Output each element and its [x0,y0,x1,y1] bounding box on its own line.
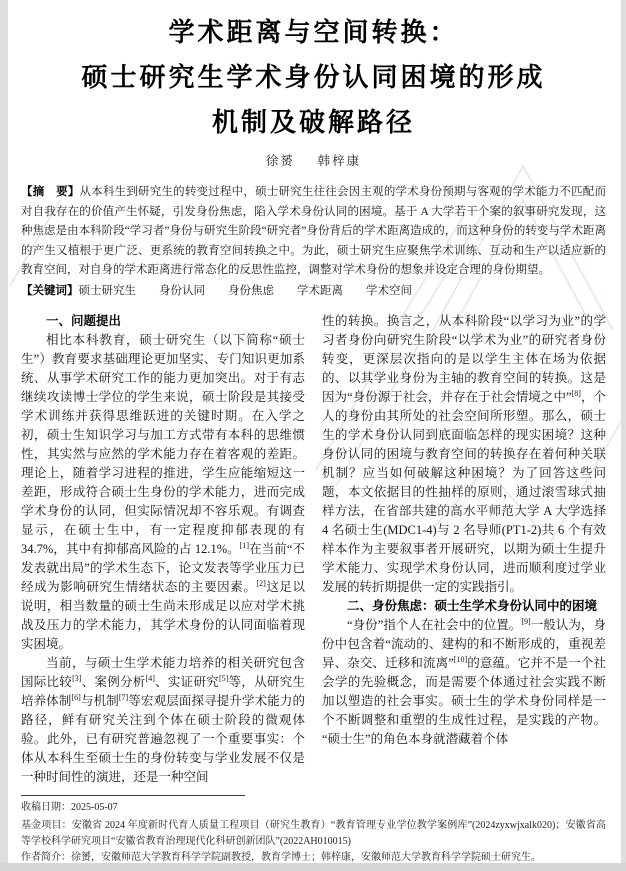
body-paragraph: 当前，与硕士生学术能力培养的相关研究包含国际比较[3]、案例分析[4]、实证研究… [21,654,305,787]
received-date: 收稿日期：2025-05-07 [21,800,305,816]
body-paragraph: 相比本科教育，硕士研究生（以下简称“硕士生”）教育要求基础理论更加坚实、专门知识… [21,331,305,654]
abstract-label: 【摘 要】 [21,186,80,198]
keywords-label: 【关键词】 [21,285,79,297]
paper-page: 学术距离与空间转换： 硕士研究生学术身份认同困境的形成 机制及破解路径 徐赟 韩… [0,0,626,871]
body-paragraph: “身份”指个人在社会中的位置。[9]一般认为，身份中包含着“流动的、建构的和不断… [322,616,606,749]
author-name: 徐赟 [266,154,295,168]
page-content: 学术距离与空间转换： 硕士研究生学术身份认同困境的形成 机制及破解路径 徐赟 韩… [21,8,606,866]
section-heading: 一、问题提出 [21,312,305,331]
author-byline: 徐赟 韩梓康 [21,151,606,169]
author-bio-note: 作者简介：徐赟，安徽师范大学教育科学学院副教授，教育学博士；韩梓康，安徽师范大学… [21,850,606,866]
section-heading: 二、身份焦虑：硕士生学术身份认同中的困境 [322,597,606,616]
paper-title-line-1: 学术距离与空间转换： [21,10,606,55]
column-right: 性的转换。换言之，从本科阶段“以学习为业”的学习者身份向研究生阶段“以学术为业”… [322,312,606,816]
scan-edge-left [0,0,8,871]
paper-title-line-2: 硕士研究生学术身份认同困境的形成 [21,55,606,100]
keywords-text: 硕士研究生 身份认同 身份焦虑 学术距离 学术空间 [79,285,413,297]
scan-edge-right [621,0,626,871]
abstract-text: 从本科生到研究生的转变过程中，硕士研究生往往会因主观的学术身份预期与客观的学术能… [21,186,606,276]
abstract: 【摘 要】从本科生到研究生的转变过程中，硕士研究生往往会因主观的学术身份预期与客… [21,183,606,281]
footnote-rule [21,795,245,796]
body-columns: 一、问题提出相比本科教育，硕士研究生（以下简称“硕士生”）教育要求基础理论更加坚… [21,312,606,816]
funding-note: 基金项目：安徽省 2024 年度新时代育人质量工程项目（研究生教育）“教育管理专… [21,818,606,850]
column-left: 一、问题提出相比本科教育，硕士研究生（以下简称“硕士生”）教育要求基础理论更加坚… [21,312,305,816]
paper-title: 学术距离与空间转换： 硕士研究生学术身份认同困境的形成 机制及破解路径 [21,10,606,145]
body-paragraph: 性的转换。换言之，从本科阶段“以学习为业”的学习者身份向研究生阶段“以学术为业”… [322,312,606,597]
footnotes-block: 基金项目：安徽省 2024 年度新时代育人质量工程项目（研究生教育）“教育管理专… [21,818,606,866]
paper-title-line-3: 机制及破解路径 [21,100,606,145]
author-name: 韩梓康 [318,154,362,168]
footnote-head: 收稿日期：2025-05-07 [21,787,305,816]
keywords: 【关键词】硕士研究生 身份认同 身份焦虑 学术距离 学术空间 [21,282,606,302]
